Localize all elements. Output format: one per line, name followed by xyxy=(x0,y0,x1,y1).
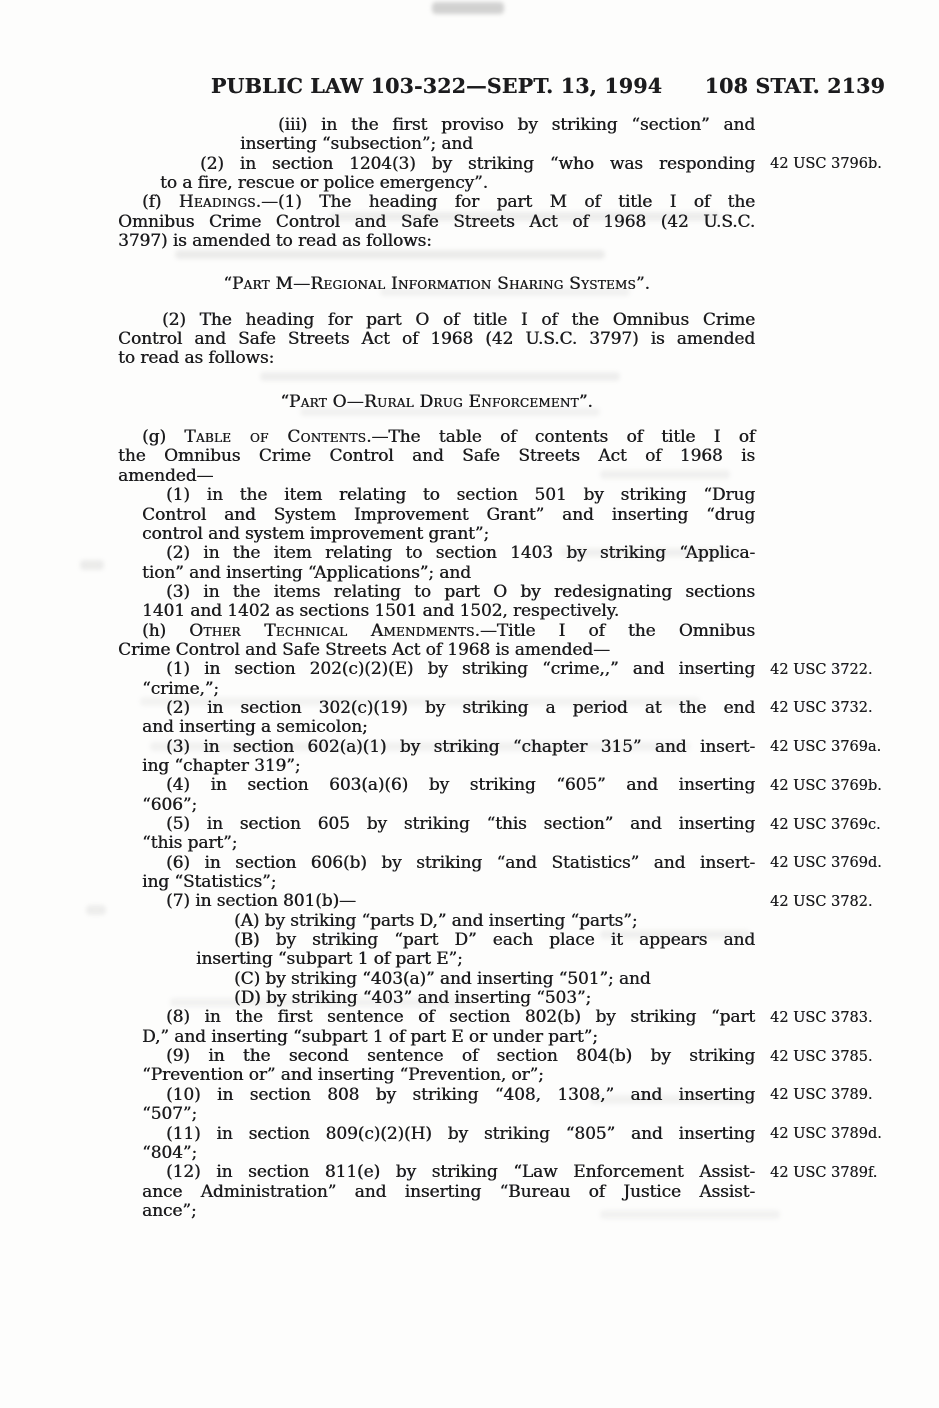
text-run: .—(1) The heading for part M of title I … xyxy=(256,192,755,212)
margin-note-usc-citation: 42 USC 3722. xyxy=(770,662,872,678)
paragraph: 42 USC 3769d.(6) in section 606(b) by st… xyxy=(118,854,755,893)
text-line: (12) in section 811(e) by striking “Law … xyxy=(118,1163,755,1182)
text-run: ing “Statistics”; xyxy=(142,872,276,892)
text-line: (10) in section 808 by striking “408, 13… xyxy=(118,1086,755,1105)
text-line: control and system improvement grant”; xyxy=(118,525,755,544)
margin-note-usc-citation: 42 USC 3732. xyxy=(770,700,872,716)
margin-note-usc-citation: 42 USC 3769a. xyxy=(770,739,881,755)
text-run: .—Title I of the Omnibus xyxy=(475,621,755,641)
paragraph: 42 USC 3732.(2) in section 302(c)(19) by… xyxy=(118,699,755,738)
text-line: “804”; xyxy=(118,1144,755,1163)
text-line: (h) Other Technical Amendments.—Title I … xyxy=(118,622,755,641)
text-line: (iii) in the first proviso by striking “… xyxy=(118,116,755,135)
paragraph: (1) in the item relating to section 501 … xyxy=(118,486,755,544)
text-run: to read as follows: xyxy=(118,348,274,368)
text-line: “Part O—Rural Drug Enforcement”. xyxy=(118,393,755,412)
text-line: 3797) is amended to read as follows: xyxy=(118,232,755,251)
text-run: D,” and inserting “subpart 1 of part E o… xyxy=(142,1027,598,1047)
text-line: (2) in the item relating to section 1403… xyxy=(118,544,755,563)
text-run: (2) The heading for part O of title I of… xyxy=(162,310,755,330)
margin-note-usc-citation: 42 USC 3789. xyxy=(770,1087,872,1103)
text-line: (4) in section 603(a)(6) by striking “60… xyxy=(118,776,755,795)
text-run: 1401 and 1402 as sections 1501 and 1502,… xyxy=(142,601,619,621)
paragraph: 42 USC 3785.(9) in the second sentence o… xyxy=(118,1047,755,1086)
text-run: control and system improvement grant”; xyxy=(142,524,489,544)
running-head-page-number: 108 STAT. 2139 xyxy=(705,74,885,98)
text-line: and inserting a semicolon; xyxy=(118,718,755,737)
margin-note-usc-citation: 42 USC 3769d. xyxy=(770,855,882,871)
text-run: (12) in section 811(e) by striking “Law … xyxy=(166,1162,755,1182)
text-run: “606”; xyxy=(142,795,197,815)
text-run: (D) by striking “403” and inserting “503… xyxy=(234,988,591,1008)
text-run: .—The table of contents of title I of xyxy=(366,427,755,447)
text-run: ”. xyxy=(579,392,593,412)
text-run: “ xyxy=(280,392,289,412)
text-run: Crime Control and Safe Streets Act of 19… xyxy=(118,640,610,660)
paragraph: 42 USC 3783.(8) in the first sentence of… xyxy=(118,1008,755,1047)
text-run: (11) in section 809(c)(2)(H) by striking… xyxy=(166,1124,755,1144)
paragraph: 42 USC 3769a.(3) in section 602(a)(1) by… xyxy=(118,738,755,777)
text-run: “507”; xyxy=(142,1104,197,1124)
text-line: ing “Statistics”; xyxy=(118,873,755,892)
paragraph: (C) by striking “403(a)” and inserting “… xyxy=(118,970,755,989)
paragraph: 42 USC 3722.(1) in section 202(c)(2)(E) … xyxy=(118,660,755,699)
text-line: (A) by striking “parts D,” and inserting… xyxy=(118,912,755,931)
text-line: D,” and inserting “subpart 1 of part E o… xyxy=(118,1028,755,1047)
text-run: (iii) in the first proviso by striking “… xyxy=(278,115,755,135)
text-line: (1) in section 202(c)(2)(E) by striking … xyxy=(118,660,755,679)
text-line: tion” and inserting “Applications”; and xyxy=(118,564,755,583)
text-line: “606”; xyxy=(118,796,755,815)
text-run: to a fire, rescue or police emergency”. xyxy=(160,173,488,193)
text-run: and inserting a semicolon; xyxy=(142,717,368,737)
paragraph: 42 USC 3769b.(4) in section 603(a)(6) by… xyxy=(118,776,755,815)
text-run: (6) in section 606(b) by striking “and S… xyxy=(166,853,755,873)
text-line: (2) in section 302(c)(19) by striking a … xyxy=(118,699,755,718)
paragraph: (A) by striking “parts D,” and inserting… xyxy=(118,912,755,931)
text-run: (8) in the first sentence of section 802… xyxy=(166,1007,755,1027)
text-line: (3) in the items relating to part O by r… xyxy=(118,583,755,602)
paragraph: (g) Table of Contents.—The table of cont… xyxy=(118,428,755,486)
text-run: “crime,”; xyxy=(142,679,219,699)
text-line: “crime,”; xyxy=(118,680,755,699)
text-run: (A) by striking “parts D,” and inserting… xyxy=(234,911,637,931)
paragraph: 42 USC 3796b.(2) in section 1204(3) by s… xyxy=(118,155,755,194)
text-line: Crime Control and Safe Streets Act of 19… xyxy=(118,641,755,660)
margin-note-usc-citation: 42 USC 3789d. xyxy=(770,1126,882,1142)
text-run: (2) in the item relating to section 1403… xyxy=(166,543,755,563)
text-run: (C) by striking “403(a)” and inserting “… xyxy=(234,969,651,989)
paragraph: (f) Headings.—(1) The heading for part M… xyxy=(118,193,755,251)
text-run: inserting “subsection”; and xyxy=(240,134,473,154)
text-line: Control and System Improvement Grant” an… xyxy=(118,506,755,525)
bleed-artifact xyxy=(86,905,106,915)
paragraph: (2) The heading for part O of title I of… xyxy=(118,311,755,369)
text-line: ance”; xyxy=(118,1202,755,1221)
text-run: ance Administration” and inserting “Bure… xyxy=(142,1182,755,1202)
text-run: “ xyxy=(223,274,232,294)
text-line: inserting “subpart 1 of part E”; xyxy=(118,950,755,969)
text-run: “Prevention or” and inserting “Preventio… xyxy=(142,1065,544,1085)
margin-note-usc-citation: 42 USC 3785. xyxy=(770,1049,872,1065)
text-line: the Omnibus Crime Control and Safe Stree… xyxy=(118,447,755,466)
paragraph: (B) by striking “part D” each place it a… xyxy=(118,931,755,970)
text-run: (1) in the item relating to section 501 … xyxy=(166,485,755,505)
text-run: (1) in section 202(c)(2)(E) by striking … xyxy=(166,659,755,679)
text-run: tion” and inserting “Applications”; and xyxy=(142,563,471,583)
text-run: (4) in section 603(a)(6) by striking “60… xyxy=(166,775,755,795)
text-run: (5) in section 605 by striking “this sec… xyxy=(166,814,755,834)
running-head-title: PUBLIC LAW 103-322—SEPT. 13, 1994 xyxy=(118,74,755,98)
text-line: (8) in the first sentence of section 802… xyxy=(118,1008,755,1027)
text-run: ing “chapter 319”; xyxy=(142,756,300,776)
text-run: (h) xyxy=(142,621,189,641)
text-run: inserting “subpart 1 of part E”; xyxy=(196,949,463,969)
margin-note-usc-citation: 42 USC 3783. xyxy=(770,1010,872,1026)
text-run: the Omnibus Crime Control and Safe Stree… xyxy=(118,446,755,466)
text-line: 1401 and 1402 as sections 1501 and 1502,… xyxy=(118,602,755,621)
text-line: “this part”; xyxy=(118,834,755,853)
paragraph: (D) by striking “403” and inserting “503… xyxy=(118,989,755,1008)
text-run: (3) in the items relating to part O by r… xyxy=(166,582,755,602)
small-caps-label: Part M—Regional Information Sharing Syst… xyxy=(232,274,636,294)
text-line: (g) Table of Contents.—The table of cont… xyxy=(118,428,755,447)
text-run: “this part”; xyxy=(142,833,237,853)
text-run: (B) by striking “part D” each place it a… xyxy=(234,930,755,950)
text-line: Control and Safe Streets Act of 1968 (42… xyxy=(118,330,755,349)
text-run: (g) xyxy=(142,427,184,447)
text-run: 3797) is amended to read as follows: xyxy=(118,231,432,251)
text-line: ance Administration” and inserting “Bure… xyxy=(118,1183,755,1202)
text-run: (2) in section 1204(3) by striking “who … xyxy=(200,154,755,174)
text-run: (7) in section 801(b)— xyxy=(166,891,356,911)
text-line: “Part M—Regional Information Sharing Sys… xyxy=(118,275,755,294)
text-line: (2) in section 1204(3) by striking “who … xyxy=(118,155,755,174)
text-line: to a fire, rescue or police emergency”. xyxy=(118,174,755,193)
text-line: (f) Headings.—(1) The heading for part M… xyxy=(118,193,755,212)
margin-note-usc-citation: 42 USC 3782. xyxy=(770,894,872,910)
paragraph: (2) in the item relating to section 1403… xyxy=(118,544,755,583)
text-run: ”. xyxy=(636,274,650,294)
text-run: (3) in section 602(a)(1) by striking “ch… xyxy=(166,737,755,757)
text-line: (7) in section 801(b)— xyxy=(118,892,755,911)
statute-text-column: (iii) in the first proviso by striking “… xyxy=(118,116,755,1221)
text-run: (10) in section 808 by striking “408, 13… xyxy=(166,1085,755,1105)
paragraph: (iii) in the first proviso by striking “… xyxy=(118,116,755,155)
text-line: amended— xyxy=(118,467,755,486)
text-run: Omnibus Crime Control and Safe Streets A… xyxy=(118,212,755,232)
text-run: (9) in the second sentence of section 80… xyxy=(166,1046,755,1066)
paragraph: 42 USC 3789d.(11) in section 809(c)(2)(H… xyxy=(118,1125,755,1164)
margin-note-usc-citation: 42 USC 3789f. xyxy=(770,1165,877,1181)
text-line: (C) by striking “403(a)” and inserting “… xyxy=(118,970,755,989)
text-line: to read as follows: xyxy=(118,349,755,368)
text-run: (2) in section 302(c)(19) by striking a … xyxy=(166,698,755,718)
text-run: amended— xyxy=(118,466,213,486)
small-caps-label: Headings xyxy=(179,192,256,212)
text-line: (2) The heading for part O of title I of… xyxy=(118,311,755,330)
small-caps-label: Table of Contents xyxy=(184,427,366,447)
paragraph: 42 USC 3769c.(5) in section 605 by strik… xyxy=(118,815,755,854)
text-run: (f) xyxy=(142,192,179,212)
paragraph: 42 USC 3789.(10) in section 808 by strik… xyxy=(118,1086,755,1125)
margin-note-usc-citation: 42 USC 3796b. xyxy=(770,156,882,172)
paragraph: (h) Other Technical Amendments.—Title I … xyxy=(118,622,755,661)
small-caps-label: Part O—Rural Drug Enforcement xyxy=(289,392,579,412)
part-heading: “Part O—Rural Drug Enforcement”. xyxy=(118,393,755,412)
text-run: “804”; xyxy=(142,1143,197,1163)
text-line: (5) in section 605 by striking “this sec… xyxy=(118,815,755,834)
text-line: (6) in section 606(b) by striking “and S… xyxy=(118,854,755,873)
text-run: ance”; xyxy=(142,1201,196,1221)
text-line: (D) by striking “403” and inserting “503… xyxy=(118,989,755,1008)
small-caps-label: Other Technical Amendments xyxy=(189,621,474,641)
text-line: ing “chapter 319”; xyxy=(118,757,755,776)
text-line: (B) by striking “part D” each place it a… xyxy=(118,931,755,950)
margin-note-usc-citation: 42 USC 3769c. xyxy=(770,817,881,833)
text-line: inserting “subsection”; and xyxy=(118,135,755,154)
scanned-statute-page: PUBLIC LAW 103-322—SEPT. 13, 1994 108 ST… xyxy=(0,0,939,1408)
running-head: PUBLIC LAW 103-322—SEPT. 13, 1994 108 ST… xyxy=(0,74,939,100)
paragraph: (3) in the items relating to part O by r… xyxy=(118,583,755,622)
text-run: Control and System Improvement Grant” an… xyxy=(142,505,755,525)
text-line: (11) in section 809(c)(2)(H) by striking… xyxy=(118,1125,755,1144)
text-line: Omnibus Crime Control and Safe Streets A… xyxy=(118,213,755,232)
margin-note-usc-citation: 42 USC 3769b. xyxy=(770,778,882,794)
text-line: “507”; xyxy=(118,1105,755,1124)
text-line: (3) in section 602(a)(1) by striking “ch… xyxy=(118,738,755,757)
text-run: Control and Safe Streets Act of 1968 (42… xyxy=(118,329,755,349)
bleed-artifact xyxy=(432,2,504,14)
paragraph: 42 USC 3782.(7) in section 801(b)— xyxy=(118,892,755,911)
text-line: (9) in the second sentence of section 80… xyxy=(118,1047,755,1066)
bleed-artifact xyxy=(80,560,104,570)
paragraph: 42 USC 3789f.(12) in section 811(e) by s… xyxy=(118,1163,755,1221)
part-heading: “Part M—Regional Information Sharing Sys… xyxy=(118,275,755,294)
text-line: “Prevention or” and inserting “Preventio… xyxy=(118,1066,755,1085)
text-line: (1) in the item relating to section 501 … xyxy=(118,486,755,505)
